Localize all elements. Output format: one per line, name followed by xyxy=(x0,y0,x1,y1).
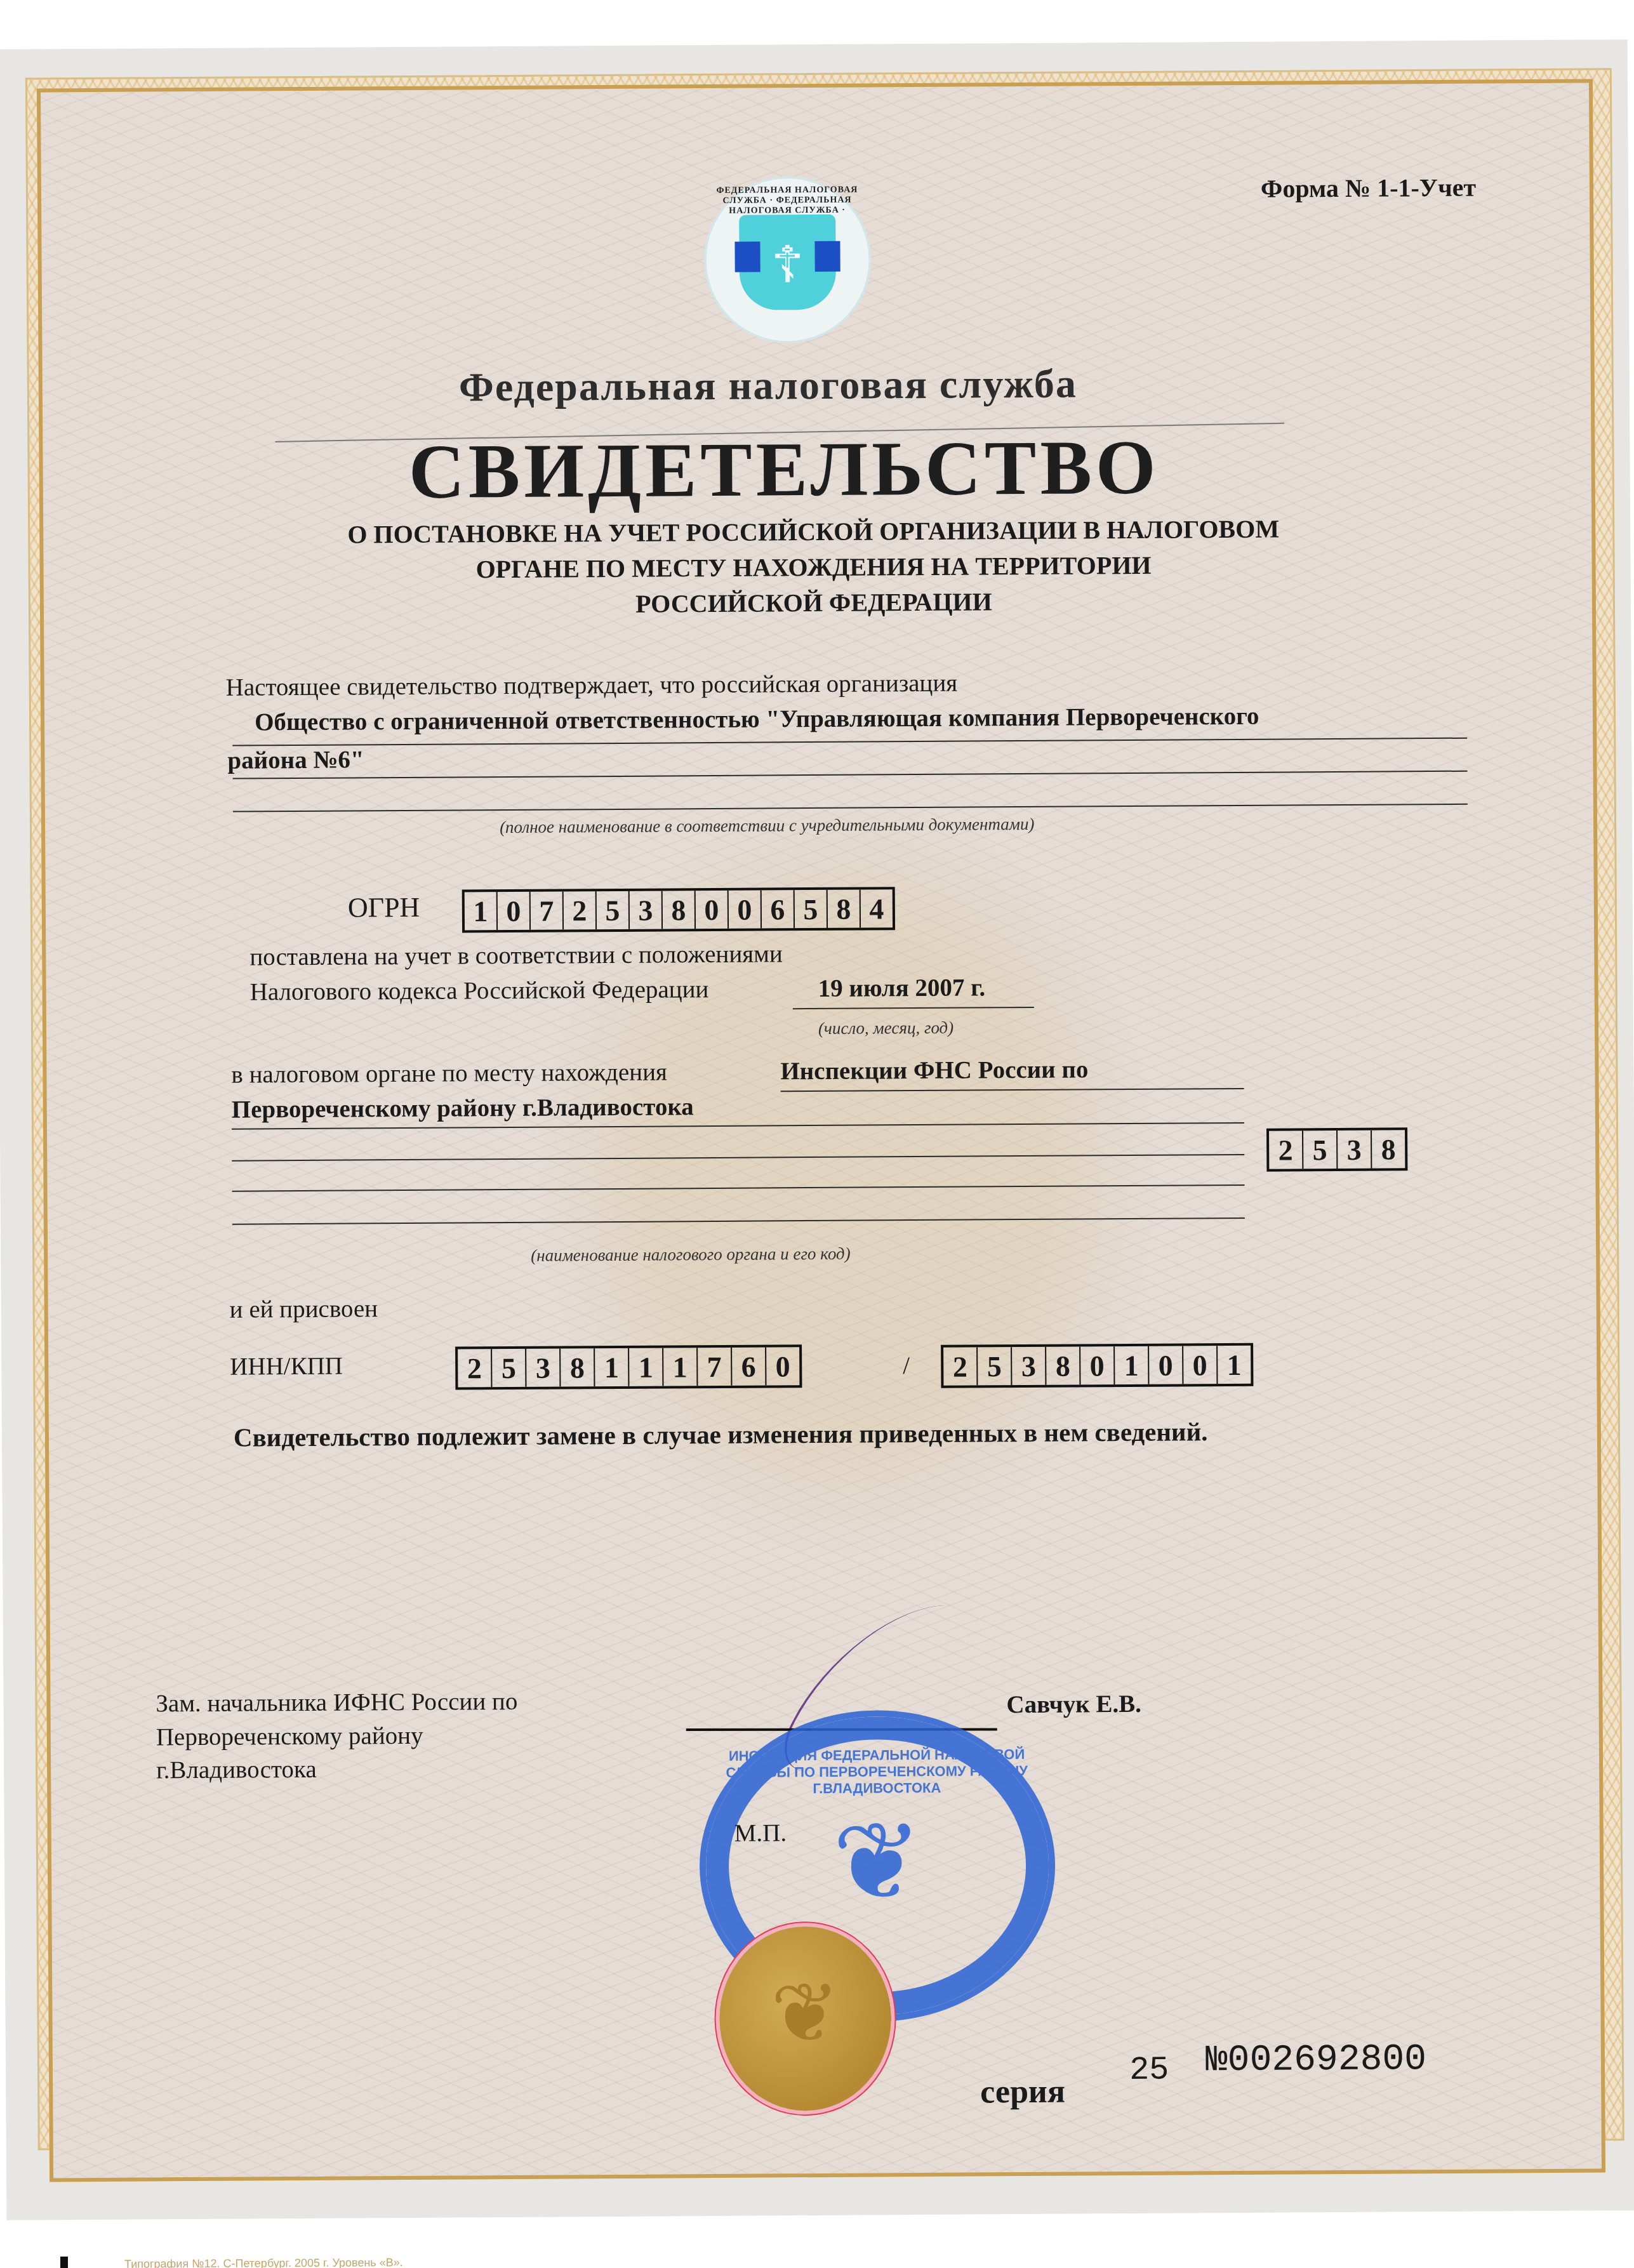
ogrn-label: ОГРН xyxy=(348,891,420,924)
series-label: серия xyxy=(980,2073,1065,2111)
digit-cell: 7 xyxy=(698,1348,732,1386)
serial-number: №002692800 xyxy=(1206,2039,1426,2081)
signatory-position-line: Зам. начальника ИФНС России по xyxy=(156,1687,517,1718)
digit-cell: 1 xyxy=(465,892,498,930)
fns-emblem-icon: ФЕДЕРАЛЬНАЯ НАЛОГОВАЯ СЛУЖБА · ФЕДЕРАЛЬН… xyxy=(704,176,872,343)
page-title: СВИДЕТЕЛЬСТВО xyxy=(408,423,1160,517)
digit-cell: 3 xyxy=(630,891,663,929)
assigned-intro: и ей присвоен xyxy=(230,1294,378,1323)
signatory-position-line: Первореченскому району xyxy=(156,1721,423,1752)
digit-cell: 4 xyxy=(861,889,893,927)
tax-authority-code-field: 2538 xyxy=(1266,1127,1407,1171)
digit-cell: 0 xyxy=(696,891,729,929)
kpp-field: 253801001 xyxy=(941,1343,1253,1388)
eagle-icon: ❦ xyxy=(719,1964,891,2062)
registration-line1: поставлена на учет в соответствии с поло… xyxy=(249,939,783,971)
digit-cell: 8 xyxy=(828,890,861,928)
emblem-ring-text: ФЕДЕРАЛЬНАЯ НАЛОГОВАЯ СЛУЖБА · ФЕДЕРАЛЬН… xyxy=(704,185,870,216)
eagle-icon: ☦ xyxy=(704,234,871,295)
digit-cell: 2 xyxy=(564,891,597,929)
digit-cell: 2 xyxy=(458,1349,492,1387)
seal-place-mark: М.П. xyxy=(734,1819,787,1848)
eagle-icon: ❦ xyxy=(705,1798,1049,1926)
digit-cell: 8 xyxy=(561,1348,595,1386)
issuing-service: Федеральная налоговая служба xyxy=(459,360,1078,411)
digit-cell: 6 xyxy=(732,1347,766,1385)
digit-cell: 1 xyxy=(1218,1346,1251,1384)
date-caption: (число, месяц, год) xyxy=(818,1018,953,1038)
digit-cell: 1 xyxy=(663,1348,698,1386)
series-value: 25 xyxy=(1129,2052,1169,2089)
digit-cell: 1 xyxy=(595,1348,629,1386)
registration-line2: Налогового кодекса Российской Федерации xyxy=(250,975,709,1006)
digit-cell: 3 xyxy=(526,1348,561,1386)
registration-date: 19 июля 2007 г. xyxy=(818,973,986,1003)
digit-cell: 0 xyxy=(766,1347,799,1385)
digit-cell: 0 xyxy=(729,891,762,929)
signatory-position-line: г.Владивостока xyxy=(156,1755,317,1785)
digit-cell: 1 xyxy=(629,1348,663,1386)
certificate-sheet: Форма № 1-1-Учет ФЕДЕРАЛЬНАЯ НАЛОГОВАЯ С… xyxy=(0,39,1634,2220)
printer-note: Типография №12. С-Петербург. 2005 г. Уро… xyxy=(124,2256,403,2268)
digit-cell: 5 xyxy=(978,1347,1012,1385)
tax-authority-name-line2: Первореченскому району г.Владивостока xyxy=(232,1092,694,1124)
digit-cell: 0 xyxy=(1183,1346,1218,1384)
digit-cell: 8 xyxy=(663,891,696,929)
digit-cell: 3 xyxy=(1338,1131,1372,1169)
inn-kpp-label: ИНН/КПП xyxy=(230,1352,343,1381)
tax-authority-name-line1: Инспекции ФНС России по xyxy=(780,1055,1088,1085)
tax-authority-caption: (наименование налогового органа и его ко… xyxy=(531,1244,851,1266)
replacement-notice: Свидетельство подлежит замене в случае и… xyxy=(234,1416,1208,1452)
digit-cell: 0 xyxy=(1080,1346,1115,1384)
digit-cell: 0 xyxy=(1149,1346,1183,1384)
ogrn-field: 1072538006584 xyxy=(462,887,895,932)
stamp-text: ИНСПЕКЦИЯ ФЕДЕРАЛЬНОЙ НАЛОГОВОЙ СЛУЖБЫ П… xyxy=(705,1746,1048,1798)
inn-field: 2538111760 xyxy=(455,1344,802,1389)
digit-cell: 2 xyxy=(1269,1131,1303,1169)
digit-cell: 1 xyxy=(1115,1346,1149,1384)
digit-cell: 8 xyxy=(1046,1346,1080,1384)
organization-intro: Настоящее свидетельство подтверждает, чт… xyxy=(226,669,958,702)
digit-cell: 6 xyxy=(762,890,795,928)
digit-cell: 8 xyxy=(1372,1130,1405,1168)
digit-cell: 5 xyxy=(1303,1131,1338,1169)
digit-cell: 2 xyxy=(943,1347,978,1385)
digit-cell: 0 xyxy=(498,892,531,930)
signatory-name: Савчук Е.В. xyxy=(1006,1690,1141,1719)
inn-kpp-separator: / xyxy=(903,1351,910,1380)
digit-cell: 3 xyxy=(1012,1347,1046,1385)
form-number: Форма № 1-1-Учет xyxy=(1261,173,1476,204)
organization-name-line2: района №6" xyxy=(227,745,364,774)
digit-cell: 7 xyxy=(531,891,564,929)
organization-caption: (полное наименование в соответствии с уч… xyxy=(500,814,1035,837)
tax-authority-intro: в налоговом органе по месту нахождения xyxy=(231,1058,667,1089)
gold-hologram-seal-icon: ❦ xyxy=(719,1926,892,2111)
digit-cell: 5 xyxy=(597,891,630,929)
scan-edge xyxy=(60,2257,68,2268)
digit-cell: 5 xyxy=(492,1349,526,1387)
digit-cell: 5 xyxy=(795,890,828,928)
